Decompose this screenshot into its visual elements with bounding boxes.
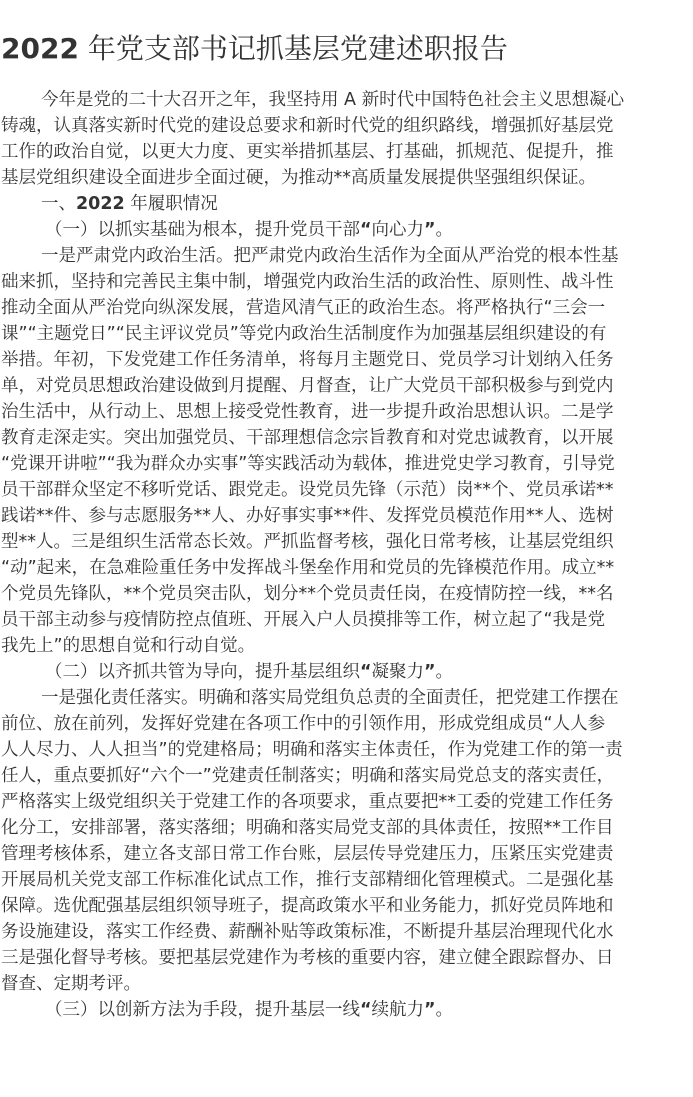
paragraph-line: 单，对党员思想政治建设做到月提醒、月督查，让广大党员干部积极参与到党内: [1, 373, 693, 399]
line-text-text: 今年是党的二十大召开之年，我坚持用 A 新时代中国特色社会主义思想凝心: [41, 90, 624, 110]
paragraph-line: 践诺**件、参与志愿服务**人、办好事实事**件、发挥党员模范作用**人、选树: [1, 503, 693, 529]
line-text-text: 型**人。三是组织生活常态长效。严抓监督考核，强化日常考核，让基层党组织: [1, 532, 614, 552]
line-text-text: 三是强化督导考核。要把基层党建作为考核的重要内容，建立健全跟踪督办、日: [1, 948, 614, 968]
paragraph-line: “党课开讲啦”“我为群众办实事”等实践活动为载体，推进党史学习教育，引导党: [1, 451, 693, 477]
line-text-text: 严格落实上级党组织关于党建工作的各项要求，重点要把**工委的党建工作任务: [1, 792, 614, 812]
section-subheading: （二）以齐抓共管为导向，提升基层组织“凝聚力”。: [1, 659, 693, 685]
paragraph-line: 一是严肃党内政治生活。把严肃党内政治生活作为全面从严治党的根本性基: [1, 243, 693, 269]
paragraph-line: “动”起来，在急难险重任务中发挥战斗堡垒作用和党员的先锋模范作用。成立**: [1, 555, 693, 581]
paragraph-line: 课”“主题党日”“民主评议党员”等党内政治生活制度作为加强基层组织建设的有: [1, 321, 693, 347]
line-text-text: 化分工，安排部署，落实落细；明确和落实局党支部的具体责任，按照**工作目: [1, 818, 614, 838]
line-text-text: 治生活中，从行动上、思想上接受党性教育，进一步提升政治思想认识。二是学: [1, 402, 614, 422]
line-text-bold: “: [360, 220, 372, 240]
line-text-text: 前位、放在前列，发挥好党建在各项工作中的引领作用，形成党组成员“人人参: [1, 714, 605, 734]
line-text-text: 员干部主动参与疫情防控点值班、开展入户人员摸排等工作，树立起了“我是党: [1, 610, 605, 630]
line-text-text: 一是强化责任落实。明确和落实局党组负总责的全面责任，把党建工作摆在: [41, 688, 619, 708]
paragraph-line: 化分工，安排部署，落实落细；明确和落实局党支部的具体责任，按照**工作目: [1, 815, 693, 841]
line-text-text: （二）以齐抓共管为导向，提升基层组织: [45, 662, 360, 682]
paragraph-line: 治生活中，从行动上、思想上接受党性教育，进一步提升政治思想认识。二是学: [1, 399, 693, 425]
paragraph-line: 任人，重点要抓好“六个一”党建责任制落实；明确和落实局党总支的落实责任，: [1, 763, 693, 789]
line-text-text: 础来抓，坚持和完善民主集中制，增强党内政治生活的政治性、原则性、战斗性: [1, 272, 614, 292]
line-text-text: 保障。选优配强基层组织领导班子，提高政策水平和业务能力，抓好党员阵地和: [1, 896, 614, 916]
paragraph-line: 人人尽力、人人担当”的党建格局；明确和落实主体责任，作为党建工作的第一责: [1, 737, 693, 763]
line-text-text: 开展局机关党支部工作标准化试点工作，推行支部精细化管理模式。二是强化基: [1, 870, 614, 890]
paragraph-line: 今年是党的二十大召开之年，我坚持用 A 新时代中国特色社会主义思想凝心: [1, 87, 693, 113]
paragraph-line: 务设施建设，落实工作经费、薪酬补贴等政策标准，不断提升基层治理现代化水: [1, 919, 693, 945]
line-text-text: 管理考核体系，建立各支部日常工作台账，层层传导党建压力，压紧压实党建责: [1, 844, 614, 864]
paragraph-line: 个党员先锋队，**个党员突击队，划分**个党员责任岗，在疫情防控一线，**名: [1, 581, 693, 607]
line-text-text: 人人尽力、人人担当”的党建格局；明确和落实主体责任，作为党建工作的第一责: [1, 740, 623, 760]
line-text-text: （三）以创新方法为手段，提升基层一线: [45, 1000, 360, 1020]
paragraph-line: 员干部主动参与疫情防控点值班、开展入户人员摸排等工作，树立起了“我是党: [1, 607, 693, 633]
paragraph-line: 一是强化责任落实。明确和落实局党组负总责的全面责任，把党建工作摆在: [1, 685, 693, 711]
paragraph-line: 保障。选优配强基层组织领导班子，提高政策水平和业务能力，抓好党员阵地和: [1, 893, 693, 919]
paragraph-line: 管理考核体系，建立各支部日常工作台账，层层传导党建压力，压紧压实党建责: [1, 841, 693, 867]
paragraph-line: 型**人。三是组织生活常态长效。严抓监督考核，强化日常考核，让基层党组织: [1, 529, 693, 555]
line-text-text: 任人，重点要抓好“六个一”党建责任制落实；明确和落实局党总支的落实责任，: [1, 766, 614, 786]
line-text-tail: 。: [436, 1000, 454, 1020]
line-text-text: 督查、定期考评。: [1, 974, 141, 994]
section-subheading: （一）以抓实基础为根本，提升党员干部“向心力”。: [1, 217, 693, 243]
line-text-text: “动”起来，在急难险重任务中发挥战斗堡垒作用和党员的先锋模范作用。成立**: [1, 558, 614, 578]
line-text-bold2: ”: [424, 220, 436, 240]
line-text-text: 单，对党员思想政治建设做到月提醒、月督查，让广大党员干部积极参与到党内: [1, 376, 614, 396]
paragraph-line: 我先上”的思想自觉和行动自觉。: [1, 633, 693, 659]
document-body: 今年是党的二十大召开之年，我坚持用 A 新时代中国特色社会主义思想凝心铸魂，认真…: [1, 87, 693, 1023]
paragraph-line: 教育走深走实。突出加强党员、干部理想信念宗旨教育和对党忠诚教育，以开展: [1, 425, 693, 451]
line-text-bold2: ”: [424, 1000, 436, 1020]
paragraph-line: 前位、放在前列，发挥好党建在各项工作中的引领作用，形成党组成员“人人参: [1, 711, 693, 737]
line-text-bold: “: [360, 662, 372, 682]
line-text-text: 推动全面从严治党向纵深发展，营造风清气正的政治生态。将严格执行“三会一: [1, 298, 605, 318]
paragraph-line: 员干部群众坚定不移听党话、跟党走。设党员先锋（示范）岗**个、党员承诺**: [1, 477, 693, 503]
line-text-bold: 2022: [76, 194, 125, 214]
section-subheading: （三）以创新方法为手段，提升基层一线“续航力”。: [1, 997, 693, 1023]
line-text-text: 一、: [41, 194, 76, 214]
paragraph-line: 严格落实上级党组织关于党建工作的各项要求，重点要把**工委的党建工作任务: [1, 789, 693, 815]
line-text-bold2: ”: [424, 662, 436, 682]
title-text: 年党支部书记抓基层党建述职报告: [79, 32, 508, 65]
line-text-text: 员干部群众坚定不移听党话、跟党走。设党员先锋（示范）岗**个、党员承诺**: [1, 480, 614, 500]
line-text-text: 务设施建设，落实工作经费、薪酬补贴等政策标准，不断提升基层治理现代化水: [1, 922, 614, 942]
paragraph-line: 基层党组织建设全面进步全面过硬，为推动**高质量发展提供坚强组织保证。: [1, 165, 693, 191]
document-title: 2022 年党支部书记抓基层党建述职报告: [1, 30, 508, 68]
paragraph-line: 督查、定期考评。: [1, 971, 693, 997]
line-text-text: 工作的政治自觉，以更大力度、更实举措抓基层、打基础，抓规范、促提升，推: [1, 142, 614, 162]
paragraph-line: 铸魂，认真落实新时代党的建设总要求和新时代党的组织路线，增强抓好基层党: [1, 113, 693, 139]
line-text-text: 基层党组织建设全面进步全面过硬，为推动**高质量发展提供坚强组织保证。: [1, 168, 596, 188]
paragraph-line: 三是强化督导考核。要把基层党建作为考核的重要内容，建立健全跟踪督办、日: [1, 945, 693, 971]
line-text-mid: 凝聚力: [372, 662, 425, 682]
line-text-text: 我先上”的思想自觉和行动自觉。: [1, 636, 255, 656]
paragraph-line: 工作的政治自觉，以更大力度、更实举措抓基层、打基础，抓规范、促提升，推: [1, 139, 693, 165]
paragraph-line: 举措。年初，下发党建工作任务清单，将每月主题党日、党员学习计划纳入任务: [1, 347, 693, 373]
line-text-tail: 年履职情况: [125, 194, 218, 214]
line-text-text: 举措。年初，下发党建工作任务清单，将每月主题党日、党员学习计划纳入任务: [1, 350, 614, 370]
line-text-text: 铸魂，认真落实新时代党的建设总要求和新时代党的组织路线，增强抓好基层党: [1, 116, 614, 136]
line-text-text: 教育走深走实。突出加强党员、干部理想信念宗旨教育和对党忠诚教育，以开展: [1, 428, 614, 448]
line-text-mid: 向心力: [372, 220, 425, 240]
paragraph-line: 开展局机关党支部工作标准化试点工作，推行支部精细化管理模式。二是强化基: [1, 867, 693, 893]
line-text-mid: 续航力: [372, 1000, 425, 1020]
line-text-text: 课”“主题党日”“民主评议党员”等党内政治生活制度作为加强基层组织建设的有: [1, 324, 606, 344]
line-text-tail: 。: [436, 220, 454, 240]
line-text-text: “党课开讲啦”“我为群众办实事”等实践活动为载体，推进党史学习教育，引导党: [1, 454, 615, 474]
paragraph-line: 础来抓，坚持和完善民主集中制，增强党内政治生活的政治性、原则性、战斗性: [1, 269, 693, 295]
section-heading: 一、2022 年履职情况: [1, 191, 693, 217]
line-text-bold: “: [360, 1000, 372, 1020]
line-text-text: （一）以抓实基础为根本，提升党员干部: [45, 220, 360, 240]
line-text-text: 一是严肃党内政治生活。把严肃党内政治生活作为全面从严治党的根本性基: [41, 246, 619, 266]
title-year: 2022: [1, 32, 79, 65]
line-text-tail: 。: [436, 662, 454, 682]
line-text-text: 践诺**件、参与志愿服务**人、办好事实事**件、发挥党员模范作用**人、选树: [1, 506, 614, 526]
paragraph-line: 推动全面从严治党向纵深发展，营造风清气正的政治生态。将严格执行“三会一: [1, 295, 693, 321]
line-text-text: 个党员先锋队，**个党员突击队，划分**个党员责任岗，在疫情防控一线，**名: [1, 584, 614, 604]
